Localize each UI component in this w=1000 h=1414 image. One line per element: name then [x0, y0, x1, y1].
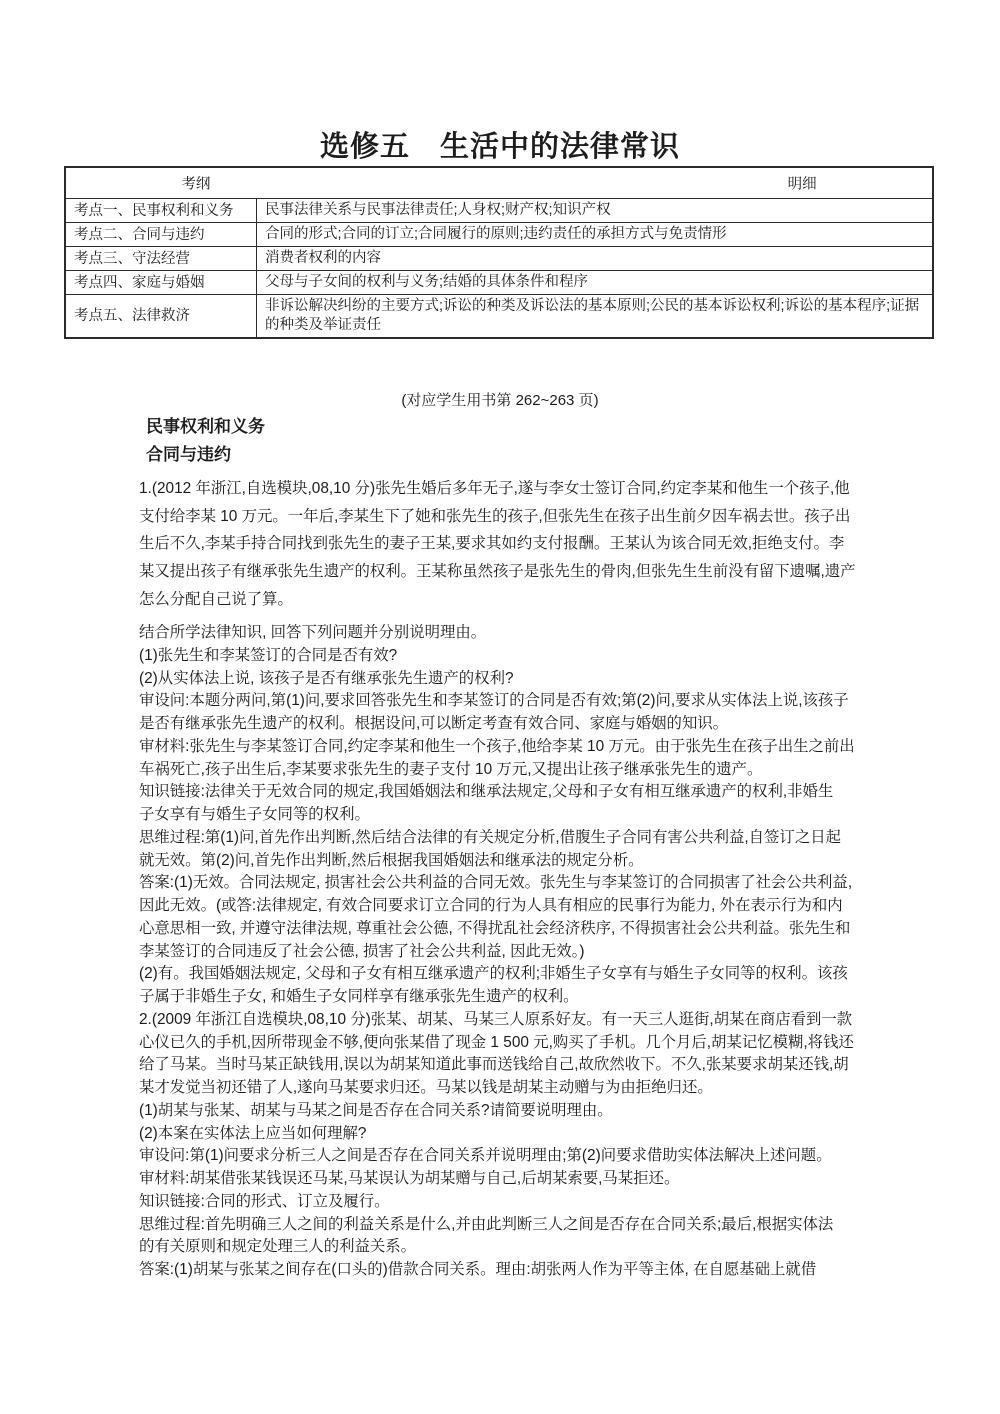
text-line: 答案:(1)无效。合同法规定, 损害社会公共利益的合同无效。张先生与李某签订的合… [139, 872, 855, 895]
text-line: 结合所学法律知识, 回答下列问题并分别说明理由。 [139, 622, 855, 645]
text-line: 怎么分配自己说了算。 [139, 586, 856, 614]
text-line: 审材料:胡某借张某钱误还马某,马某误认为胡某赠与自己,后胡某索要,马某拒还。 [139, 1168, 855, 1191]
table-header-outline: 考纲 [66, 173, 326, 194]
section-heading-topic: 民事权利和义务 [146, 412, 265, 437]
text-line: (1)张先生和李某签订的合同是否有效? [139, 645, 855, 668]
text-line: 子女享有与婚生子女同等的权利。 [139, 804, 855, 827]
text-line: 知识链接:合同的形式、订立及履行。 [139, 1191, 855, 1214]
text-line: 审材料:张先生与李某签订合同,约定李某和他生一个孩子,他给李某 10 万元。由于… [139, 736, 855, 759]
student-book-page-ref: (对应学生用书第 262~263 页) [0, 389, 1000, 410]
exam-point-cell: 考点一、民事权利和义务 [66, 199, 257, 222]
text-line: (1)胡某与张某、胡某与马某之间是否存在合同关系?请简要说明理由。 [139, 1100, 855, 1123]
detail-cell: 消费者权利的内容 [257, 247, 932, 270]
table-row: 考点四、家庭与婚姻父母与子女间的权利与义务;结婚的具体条件和程序 [66, 271, 932, 295]
text-line: 是否有继承张先生遗产的权利。根据设问,可以断定考查有效合同、家庭与婚姻的知识。 [139, 713, 855, 736]
text-line: 答案:(1)胡某与张某之间存在(口头的)借款合同关系。理由:胡张两人作为平等主体… [139, 1259, 855, 1282]
text-line: 某又提出孩子有继承张先生遗产的权利。王某称虽然孩子是张先生的骨肉,但张先生生前没… [139, 558, 856, 586]
table-row: 考点一、民事权利和义务民事法律关系与民事法律责任;人身权;财产权;知识产权 [66, 199, 932, 223]
text-line: 某才发觉当初还错了人,遂向马某要求归还。马某以钱是胡某主动赠与为由拒绝归还。 [139, 1077, 855, 1100]
text-line: 因此无效。(或答:法律规定, 有效合同要求订立合同的行为人具有相应的民事行为能力… [139, 895, 855, 918]
exam-outline-table: 考纲 明细 考点一、民事权利和义务民事法律关系与民事法律责任;人身权;财产权;知… [64, 166, 934, 339]
text-line: 子属于非婚生子女, 和婚生子女同样享有继承张先生遗产的权利。 [139, 986, 855, 1009]
text-line: 知识链接:法律关于无效合同的规定,我国婚姻法和继承法规定,父母和子女有相互继承遗… [139, 781, 855, 804]
text-line: 的有关原则和规定处理三人的利益关系。 [139, 1236, 855, 1259]
text-line: 心仪已久的手机,因所带现金不够,便向张某借了现金 1 500 元,购买了手机。几… [139, 1032, 855, 1055]
text-line: 就无效。第(2)问,首先作出判断,然后根据我国婚姻法和继承法的规定分析。 [139, 850, 855, 873]
text-line: 2.(2009 年浙江自选模块,08,10 分)张某、胡某、马某三人原系好友。有… [139, 1009, 855, 1032]
text-line: 思维过程:第(1)问,首先作出判断,然后结合法律的有关规定分析,借腹生子合同有害… [139, 827, 855, 850]
text-line: 支付给李某 10 万元。一年后,李某生下了她和张先生的孩子,但张先生在孩子出生前… [139, 503, 856, 531]
table-row: 考点三、守法经营消费者权利的内容 [66, 247, 932, 271]
text-line: 审设问:第(1)问要求分析三人之间是否存在合同关系并说明理由;第(2)问要求借助… [139, 1145, 855, 1168]
page-title: 选修五 生活中的法律常识 [0, 124, 1000, 165]
exam-point-cell: 考点四、家庭与婚姻 [66, 271, 257, 294]
text-line: (2)从实体法上说, 该孩子是否有继承张先生遗产的权利? [139, 668, 855, 691]
detail-cell: 非诉讼解决纠纷的主要方式;诉讼的种类及诉讼法的基本原则;公民的基本诉讼权利;诉讼… [257, 295, 932, 337]
table-row: 考点二、合同与违约合同的形式;合同的订立;合同履行的原则;违约责任的承担方式与免… [66, 223, 932, 247]
text-line: 给了马某。当时马某正缺钱用,误以为胡某知道此事而送钱给自己,故欣然收下。不久,张… [139, 1054, 855, 1077]
table-body: 考点一、民事权利和义务民事法律关系与民事法律责任;人身权;财产权;知识产权考点二… [66, 199, 932, 337]
text-line: 审设问:本题分两问,第(1)问,要求回答张先生和李某签订的合同是否有效;第(2)… [139, 690, 855, 713]
table-header-detail: 明细 [672, 173, 932, 194]
text-line: (2)本案在实体法上应当如何理解? [139, 1123, 855, 1146]
exam-point-cell: 考点五、法律救济 [66, 295, 257, 337]
text-line: 思维过程:首先明确三人之间的利益关系是什么,并由此判断三人之间是否存在合同关系;… [139, 1214, 855, 1237]
table-row: 考点五、法律救济非诉讼解决纠纷的主要方式;诉讼的种类及诉讼法的基本原则;公民的基… [66, 295, 932, 337]
body-text: 结合所学法律知识, 回答下列问题并分别说明理由。(1)张先生和李某签订的合同是否… [139, 622, 855, 1282]
question1-paragraph: 1.(2012 年浙江,自选模块,08,10 分)张先生婚后多年无子,遂与李女士… [139, 475, 856, 613]
detail-cell: 父母与子女间的权利与义务;结婚的具体条件和程序 [257, 271, 932, 294]
text-line: 1.(2012 年浙江,自选模块,08,10 分)张先生婚后多年无子,遂与李女士… [139, 475, 856, 503]
detail-cell: 合同的形式;合同的订立;合同履行的原则;违约责任的承担方式与免责情形 [257, 223, 932, 246]
table-header-row: 考纲 明细 [66, 168, 932, 199]
text-line: 李某签订的合同违反了社会公德, 损害了社会公共利益, 因此无效。) [139, 941, 855, 964]
exam-point-cell: 考点二、合同与违约 [66, 223, 257, 246]
detail-cell: 民事法律关系与民事法律责任;人身权;财产权;知识产权 [257, 199, 932, 222]
text-line: (2)有。我国婚姻法规定, 父母和子女有相互继承遗产的权利;非婚生子女享有与婚生… [139, 963, 855, 986]
text-line: 车祸死亡,孩子出生后,李某要求张先生的妻子支付 10 万元,又提出让孩子继承张先… [139, 759, 855, 782]
exam-point-cell: 考点三、守法经营 [66, 247, 257, 270]
page: 选修五 生活中的法律常识 考纲 明细 考点一、民事权利和义务民事法律关系与民事法… [0, 0, 1000, 1414]
text-line: 生后不久,李某手持合同找到张先生的妻子王某,要求其如约支付报酬。王某认为该合同无… [139, 530, 856, 558]
section-heading-subtopic: 合同与违约 [146, 440, 231, 465]
text-line: 心意思相一致, 并遵守法律法规, 尊重社会公德, 不得扰乱社会经济秩序, 不得损… [139, 918, 855, 941]
